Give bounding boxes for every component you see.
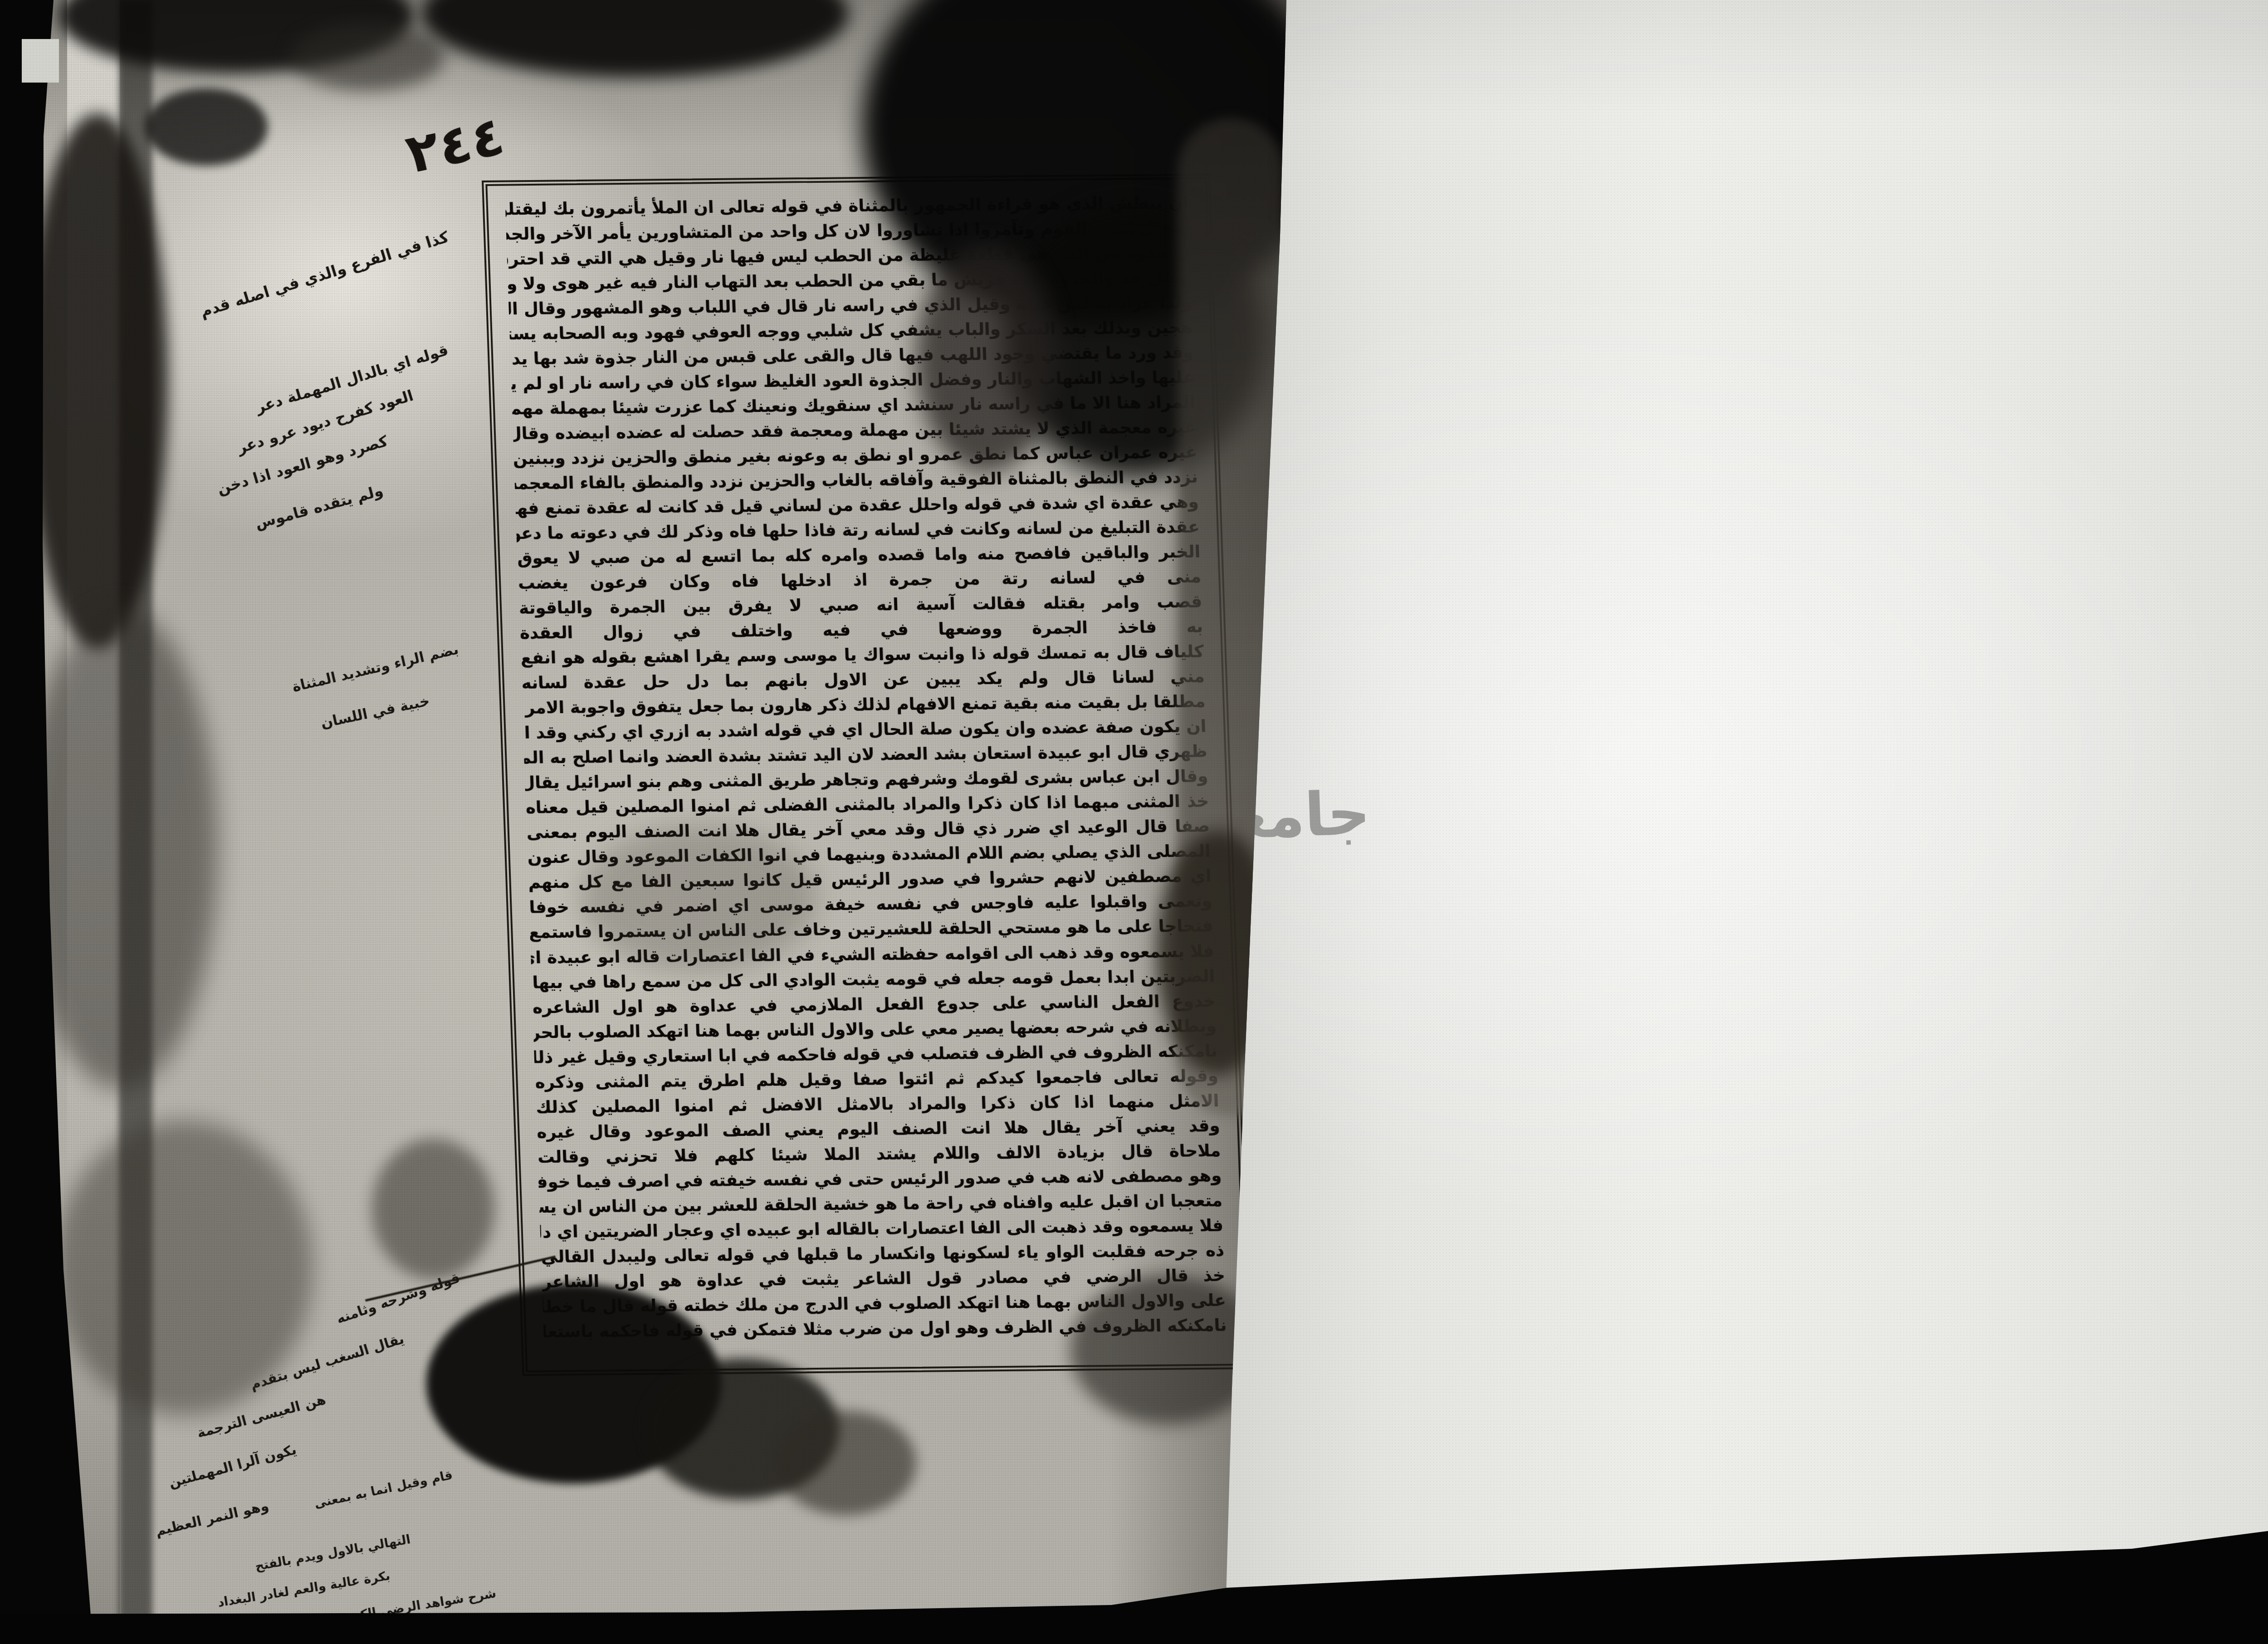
photo-edge-notch (22, 39, 59, 83)
paper-texture (0, 0, 1288, 1644)
manuscript-page: ٢٤٤ ان يبطش الذي هو قراءة الجمهور بالمثن… (0, 0, 1288, 1644)
